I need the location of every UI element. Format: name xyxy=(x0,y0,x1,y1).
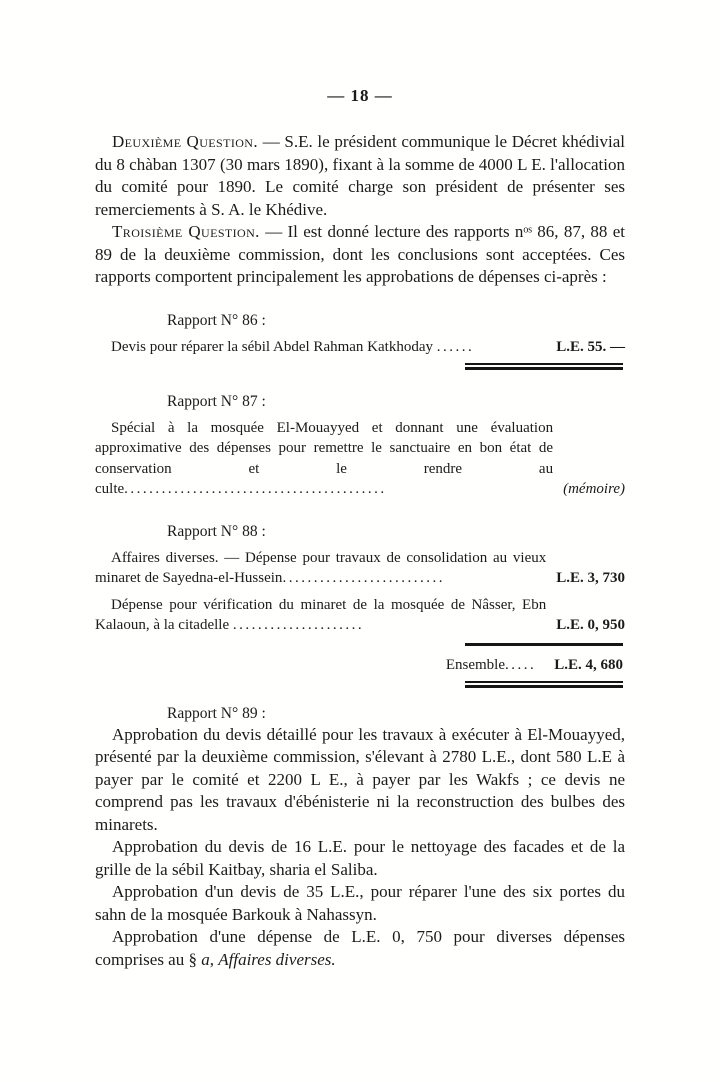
rapport-87-item: Spécial à la mosquée El-Mouayyed et donn… xyxy=(95,418,625,500)
question-2-label: Deuxième Question. xyxy=(112,132,258,151)
rapport-88-item-1: Affaires diverses. — Dépense pour travau… xyxy=(95,548,625,589)
leader-dots: ........................................… xyxy=(124,481,387,497)
paragraph-question-3: Troisième Question. — Il est donné lectu… xyxy=(95,221,625,289)
total-label: Ensemble..... xyxy=(446,655,536,676)
rapport-86-item-text: Devis pour réparer la sébil Abdel Rahman… xyxy=(95,337,556,358)
affaires-diverses-title: Affaires diverses. xyxy=(218,950,335,969)
total-amount: L.E. 4, 680 xyxy=(554,655,623,676)
rapport-88-item-1-amount: L.E. 3, 730 xyxy=(556,568,625,589)
leader-dots: ..................... xyxy=(233,617,364,633)
leader-dots: ..... xyxy=(505,657,536,673)
question-3-label: Troisième Question. xyxy=(112,222,260,241)
leader-dots: .......................... xyxy=(282,570,445,586)
rapport-86-amount: L.E. 55. — xyxy=(556,337,625,358)
sum-rule-rapport-88 xyxy=(465,643,623,646)
total-rule-rapport-86 xyxy=(465,363,623,370)
rapport-86-item: Devis pour réparer la sébil Abdel Rahman… xyxy=(95,337,625,358)
rapport-87-amount: (mémoire) xyxy=(563,479,625,500)
page-number: — 18 — xyxy=(95,86,625,106)
rapport-88-total-row: Ensemble..... L.E. 4, 680 xyxy=(95,655,625,676)
rapport-88-heading: Rapport N° 88 : xyxy=(167,522,625,542)
rapport-88-item-2: Dépense pour vérification du minaret de … xyxy=(95,595,625,636)
rapport-89-paragraph-1: Approbation du devis détaillé pour les t… xyxy=(95,724,625,837)
rapport-89-heading: Rapport N° 89 : xyxy=(167,704,625,724)
rapport-89-paragraph-2: Approbation du devis de 16 L.E. pour le … xyxy=(95,836,625,881)
rapport-88-item-2-amount: L.E. 0, 950 xyxy=(556,615,625,636)
rapport-88-item-2-text: Dépense pour vérification du minaret de … xyxy=(95,595,556,636)
total-rule-rapport-88 xyxy=(465,681,623,688)
total-label-text: Ensemble xyxy=(446,657,505,673)
rapport-89-paragraph-3: Approbation d'un devis de 35 L.E., pour … xyxy=(95,881,625,926)
paragraph-question-2: Deuxième Question. — S.E. le président c… xyxy=(95,131,625,221)
rapport-89-paragraph-4: Approbation d'une dépense de L.E. 0, 750… xyxy=(95,926,625,971)
rapport-86-heading: Rapport N° 86 : xyxy=(167,311,625,331)
rapport-87-item-text: Spécial à la mosquée El-Mouayyed et donn… xyxy=(95,418,563,500)
paragraph-comma: , xyxy=(210,950,219,969)
leader-dots: ...... xyxy=(437,339,475,355)
rapport-88-item-1-text: Affaires diverses. — Dépense pour travau… xyxy=(95,548,556,589)
document-page: — 18 — Deuxième Question. — S.E. le prés… xyxy=(0,0,720,1082)
rapport-89-paragraph-4-lead: Approbation d'une dépense de L.E. 0, 750… xyxy=(95,927,625,969)
rapport-86-item-description: Devis pour réparer la sébil Abdel Rahman… xyxy=(111,339,437,355)
rapport-87-heading: Rapport N° 87 : xyxy=(167,392,625,412)
paragraph-item-letter: a xyxy=(201,950,210,969)
